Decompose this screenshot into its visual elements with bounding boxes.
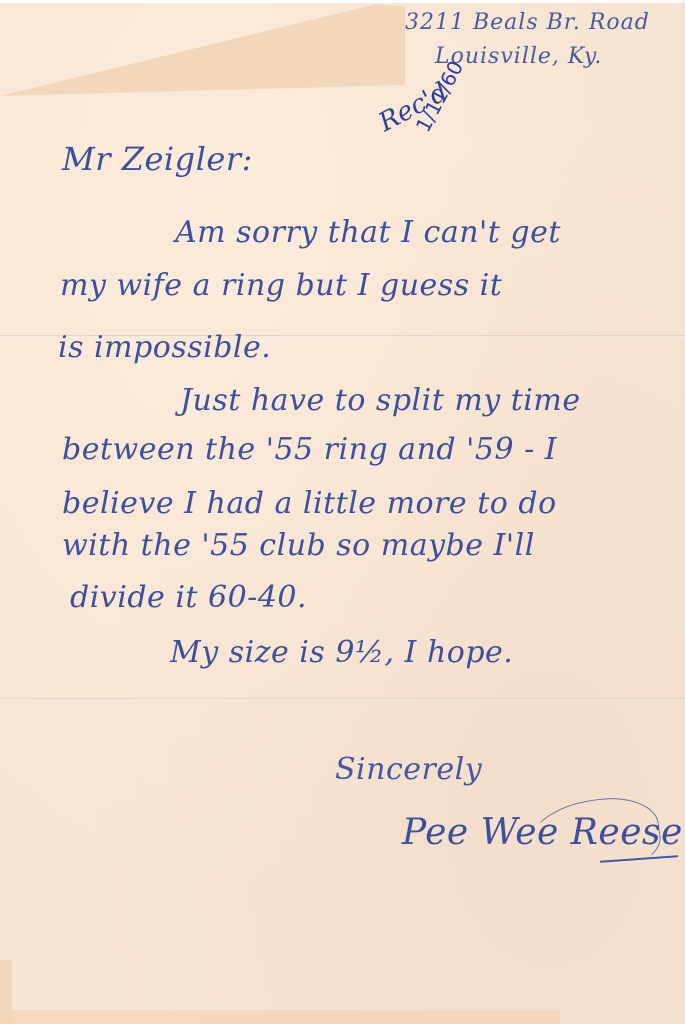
fold-line-lower — [0, 698, 685, 700]
paper-top-edge — [0, 0, 685, 3]
address-line-1: 3211 Beals Br. Road — [405, 10, 650, 35]
paper-stain-top — [0, 4, 405, 96]
body-line: with the '55 club so maybe I'll — [62, 528, 535, 563]
body-line: Am sorry that I can't get — [175, 215, 561, 250]
body-line: believe I had a little more to do — [62, 486, 557, 521]
body-line: between the '55 ring and '59 - I — [62, 432, 557, 467]
body-line: is impossible. — [58, 330, 271, 365]
closing: Sincerely — [335, 752, 482, 787]
paper-right-edge — [679, 0, 685, 1024]
salutation: Mr Zeigler: — [62, 140, 253, 178]
paper-stain-bottom — [0, 1010, 560, 1024]
letter-page: 3211 Beals Br. Road Louisville, Ky. Mr Z… — [0, 0, 685, 1024]
body-line: My size is 9½, I hope. — [170, 635, 513, 670]
body-line: divide it 60-40. — [70, 580, 307, 615]
body-line: my wife a ring but I guess it — [60, 268, 502, 303]
signature-flourish — [523, 791, 664, 883]
body-line: Just have to split my time — [180, 383, 581, 418]
